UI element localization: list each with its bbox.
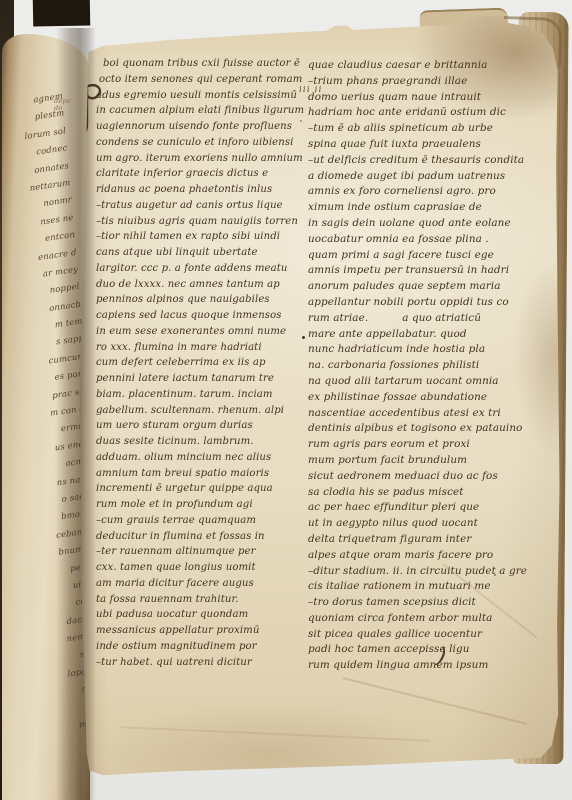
manuscript-line: –ter rauennam altinumque per <box>96 544 320 560</box>
manuscript-line: in cacumen alpium elati finibus ligurum <box>96 103 320 119</box>
manuscript-line: quam primi a sagi facere tusci ege <box>308 248 556 264</box>
manuscript-line: rum atriae. a quo atriaticū <box>308 311 556 327</box>
manuscript-line: ac per haec effunditur pleri que <box>308 500 556 516</box>
manuscript-line: cis italiae rationem in mutuari me <box>308 579 556 595</box>
manuscript-line: condens se cuniculo et inforo uibiensi <box>96 135 320 151</box>
manuscript-line: na quod alii tartarum uocant omnia <box>308 374 556 390</box>
ink-speck <box>300 120 302 122</box>
manuscript-photo: agnemplestmlorum solcodneconnatesnettaru… <box>0 0 572 800</box>
ink-speck <box>494 574 496 576</box>
manuscript-line: cum defert celeberrima ex iis ap <box>96 355 320 371</box>
manuscript-line: messanicus appellatur proximū <box>96 623 320 639</box>
manuscript-line: –tis niuibus agris quam nauigiis torren <box>96 214 320 230</box>
manuscript-line: delta triquetram figuram inter <box>308 532 556 548</box>
manuscript-line: sa clodia his se padus miscet <box>308 485 556 501</box>
manuscript-line: rum mole et in profundum agi <box>96 497 320 513</box>
manuscript-line: ximum inde ostium caprasiae de <box>308 200 556 216</box>
manuscript-line: a diomede auget ibi padum uatrenus <box>308 169 556 185</box>
manuscript-line: –cum grauis terrae quamquam <box>96 513 320 529</box>
manuscript-line: um agro. iterum exoriens nullo amnium <box>96 151 320 167</box>
manuscript-line: alpes atque oram maris facere pro <box>308 548 556 564</box>
manuscript-line: dentinis alpibus et togisono ex patauino <box>308 421 556 437</box>
manuscript-line: largitor. ccc p. a fonte addens meatu <box>96 261 320 277</box>
text-column-left: boi quonam tribus cxii fuisse auctor ēoc… <box>96 56 320 670</box>
manuscript-line: hadriam hoc ante eridanū ostium dic <box>308 105 556 121</box>
manuscript-line: sicut aedronem meduaci duo ac fos <box>308 469 556 485</box>
manuscript-line: –tro dorus tamen scepsius dicit <box>308 595 556 611</box>
manuscript-line: rum quidem lingua amnem ipsum <box>308 658 556 674</box>
manuscript-line: –ditur stadium. ii. in circuitu pudet a … <box>308 564 556 580</box>
manuscript-line: amnis ex foro corneliensi agro. pro <box>308 184 556 200</box>
manuscript-line: amnis impetu per transuersū in hadri <box>308 263 556 279</box>
chapter-numeral: iii ii <box>299 85 323 95</box>
manuscript-line: capiens sed lacus quoque inmensos <box>96 308 320 324</box>
manuscript-line: in sagis dein uolane quod ante eolane <box>308 216 556 232</box>
manuscript-line: ta fossa rauennam trahitur. <box>96 592 320 608</box>
manuscript-line: uocabatur omnia ea fossae plina . <box>308 232 556 248</box>
manuscript-line: –tratus augetur ad canis ortus lique <box>96 198 320 214</box>
manuscript-line: ex philistinae fossae abundatione <box>308 390 556 406</box>
ink-speck <box>302 336 305 339</box>
binding-dark-edge <box>33 0 90 26</box>
manuscript-line: spina quae fuit iuxta praeualens <box>308 137 556 153</box>
manuscript-line: pennini latere iactum tanarum tre <box>96 371 320 387</box>
manuscript-line: ro xxx. flumina in mare hadriati <box>96 340 320 356</box>
manuscript-line: adus egremio uesuli montis celsissimū <box>96 88 320 104</box>
manuscript-line: duo de lxxxx. nec amnes tantum ap <box>96 277 320 293</box>
gutter-shadow <box>56 28 96 800</box>
manuscript-line: anorum paludes quae septem maria <box>308 279 556 295</box>
manuscript-line: rum agris pars eorum et proxi <box>308 437 556 453</box>
manuscript-line: boi quonam tribus cxii fuisse auctor ē <box>96 56 320 72</box>
manuscript-line: in eum sese exonerantes omni nume <box>96 324 320 340</box>
manuscript-line: –tior nihil tamen ex rapto sibi uindi <box>96 229 320 245</box>
manuscript-line: appellantur nobili portu oppidi tus co <box>308 295 556 311</box>
text-column-right: quae claudius caesar e brittannia–trium … <box>308 58 556 674</box>
manuscript-line: am maria dicitur facere augus <box>96 576 320 592</box>
manuscript-line: deducitur in flumina et fossas in <box>96 529 320 545</box>
manuscript-line: claritate inferior graecis dictus e <box>96 166 320 182</box>
manuscript-line: –trium phans praegrandi illae <box>308 74 556 90</box>
manuscript-line: –tur habet. qui uatreni dicitur <box>96 655 320 671</box>
manuscript-line: mare ante appellabatur. quod <box>308 327 556 343</box>
manuscript-line: nascentiae accedentibus atesi ex tri <box>308 406 556 422</box>
top-right-corner-wear <box>502 16 563 67</box>
manuscript-line: domo uerius quam naue intrauit <box>308 90 556 106</box>
manuscript-line: octo item senones qui ceperant romam <box>96 72 320 88</box>
manuscript-line: incrementi ē urgetur quippe aqua <box>96 481 320 497</box>
manuscript-line: ridanus ac poena phaetontis inlus <box>96 182 320 198</box>
manuscript-line: –ut delficis creditum ē thesauris condit… <box>308 153 556 169</box>
manuscript-line: penninos alpinos que nauigabiles <box>96 292 320 308</box>
manuscript-line: nunc hadriaticum inde hostia pla <box>308 342 556 358</box>
manuscript-line: cans atque ubi linquit ubertate <box>96 245 320 261</box>
manuscript-line: na. carbonaria fossiones philisti <box>308 358 556 374</box>
manuscript-line: adduam. olium mincium nec alius <box>96 450 320 466</box>
manuscript-line: cxx. tamen quae longius uomit <box>96 560 320 576</box>
manuscript-page: boi quonam tribus cxii fuisse auctor ēoc… <box>74 14 560 776</box>
manuscript-line: biam. placentinum. tarum. inciam <box>96 387 320 403</box>
manuscript-line: uagiennorum uisendo fonte profluens <box>96 119 320 135</box>
manuscript-line: ubi padusa uocatur quondam <box>96 607 320 623</box>
manuscript-line: um uero sturam orgum durias <box>96 418 320 434</box>
manuscript-line: ut in aegypto nilus quod uocant <box>308 516 556 532</box>
manuscript-line: gabellum. scultennam. rhenum. alpi <box>96 403 320 419</box>
manuscript-line: –tum ē ab aliis spineticum ab urbe <box>308 121 556 137</box>
margin-note: depe do <box>54 98 71 112</box>
manuscript-line: duas sesite ticinum. lambrum. <box>96 434 320 450</box>
manuscript-line: sit picea quales gallice uocentur <box>308 627 556 643</box>
manuscript-line: amnium tam breui spatio maioris <box>96 466 320 482</box>
manuscript-line: padi hoc tamen accepisse ligu <box>308 642 556 658</box>
manuscript-line: inde ostium magnitudinem por <box>96 639 320 655</box>
manuscript-line: mum portum facit brundulum <box>308 453 556 469</box>
